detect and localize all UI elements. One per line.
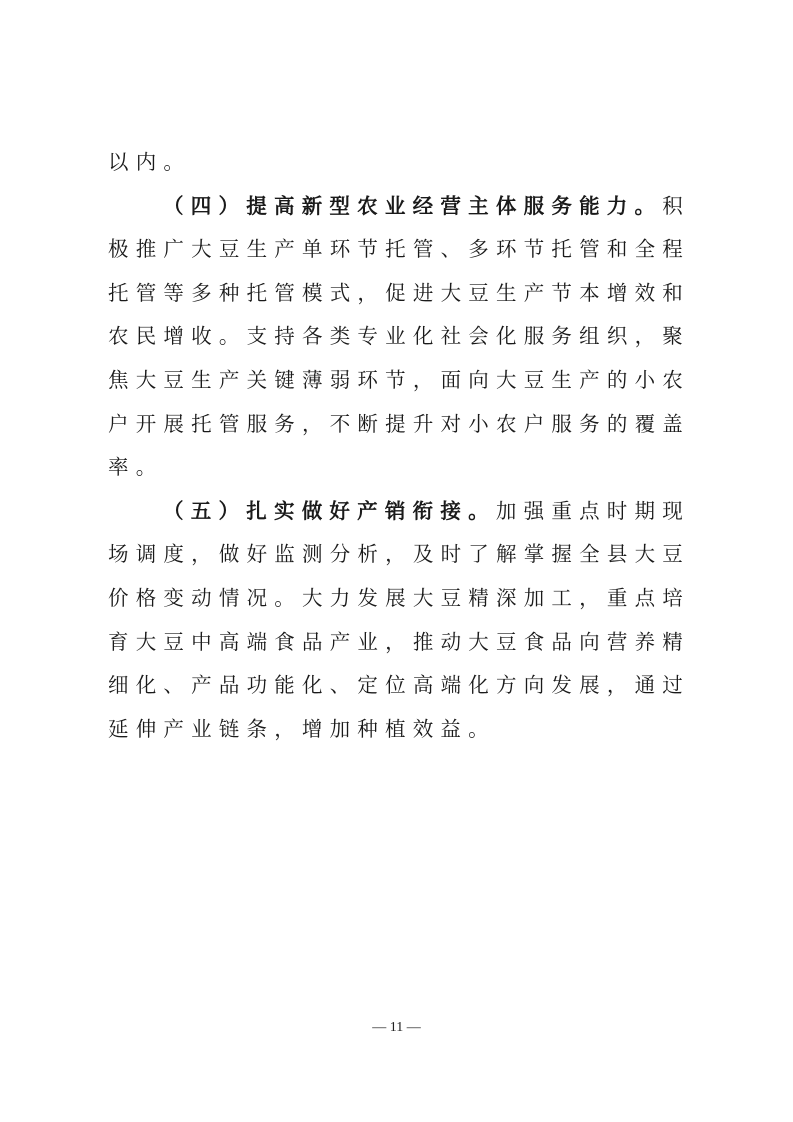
section-heading-4: （四）提高新型农业经营主体服务能力。 xyxy=(163,194,662,218)
section-heading-5: （五）扎实做好产销衔接。 xyxy=(163,499,496,523)
document-body: 以内。 （四）提高新型农业经营主体服务能力。积极推广大豆生产单环节托管、多环节托… xyxy=(108,141,690,751)
paragraph-section-4: （四）提高新型农业经营主体服务能力。积极推广大豆生产单环节托管、多环节托管和全程… xyxy=(108,185,690,490)
paragraph-continuation: 以内。 xyxy=(108,141,690,185)
paragraph-section-5: （五）扎实做好产销衔接。加强重点时期现场调度，做好监测分析，及时了解掌握全县大豆… xyxy=(108,490,690,752)
paragraph-text: 以内。 xyxy=(108,150,191,174)
paragraph-text: 加强重点时期现场调度，做好监测分析，及时了解掌握全县大豆价格变动情况。大力发展大… xyxy=(108,499,690,741)
page-number: — 11 — xyxy=(0,1020,793,1036)
document-page: 以内。 （四）提高新型农业经营主体服务能力。积极推广大豆生产单环节托管、多环节托… xyxy=(0,0,793,1122)
paragraph-text: 积极推广大豆生产单环节托管、多环节托管和全程托管等多种托管模式，促进大豆生产节本… xyxy=(108,194,690,480)
